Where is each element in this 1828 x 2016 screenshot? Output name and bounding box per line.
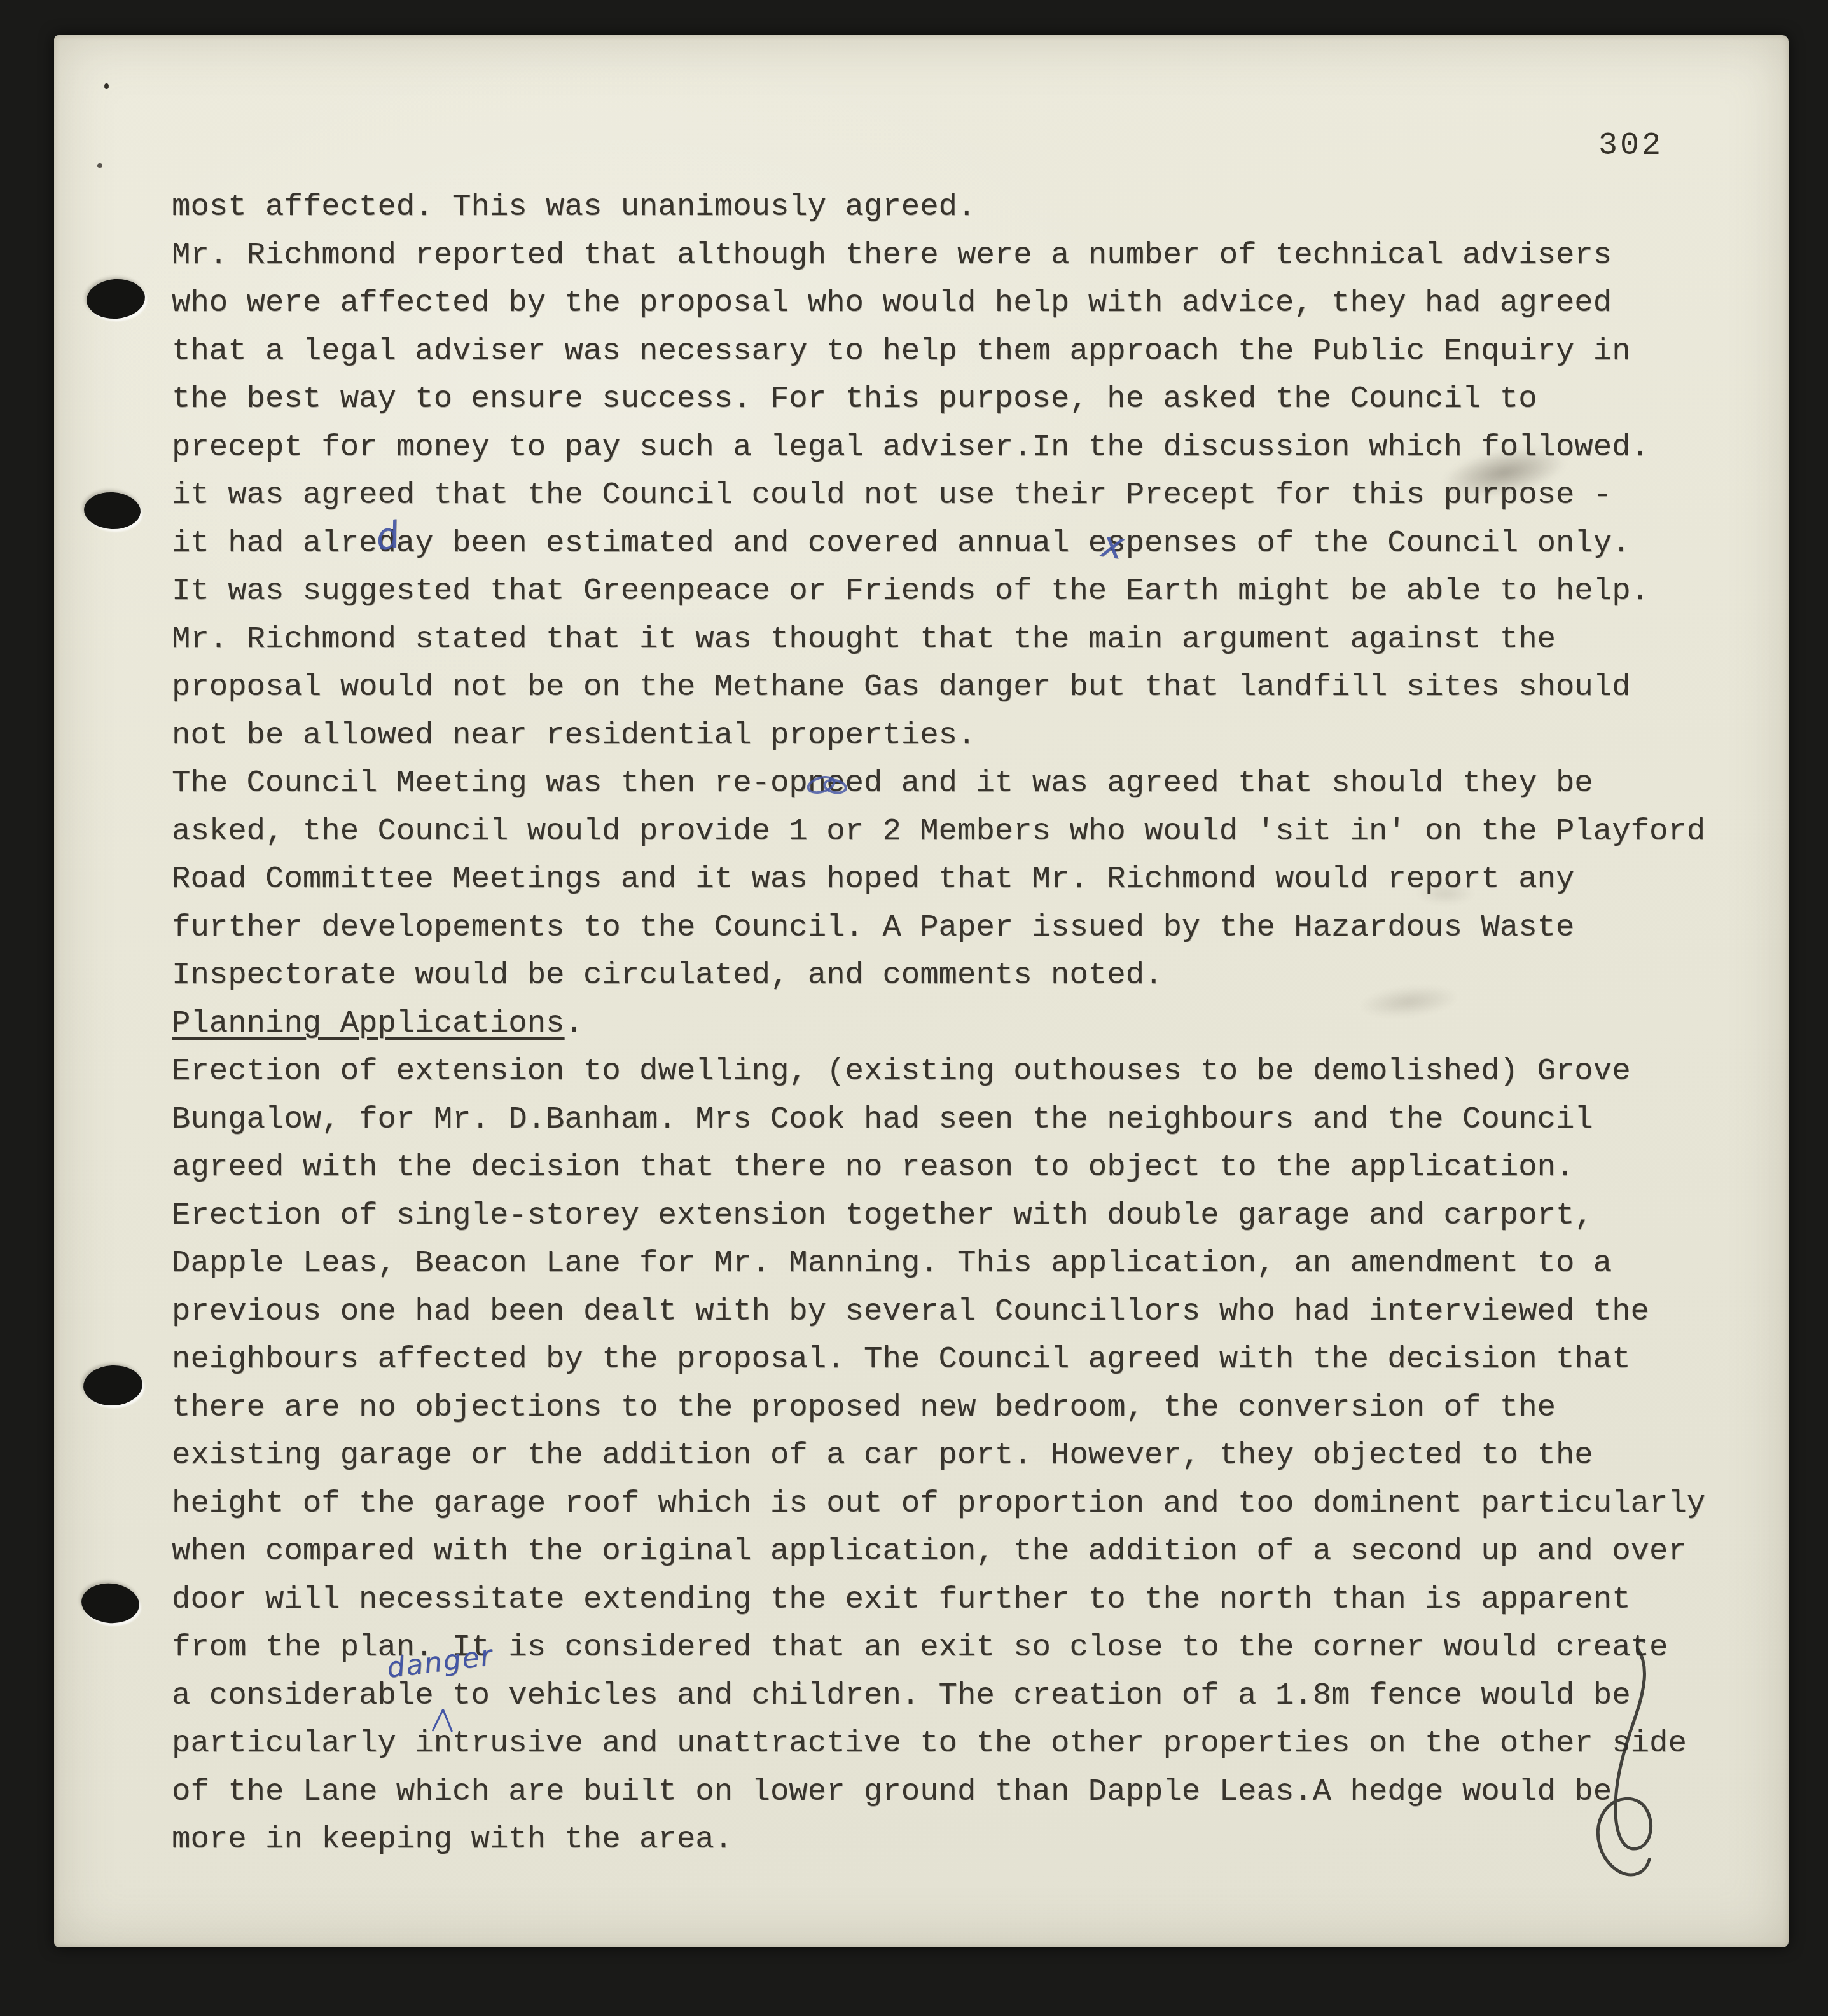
typed-text-segment: existing garage or the addition of a car… <box>172 1437 1593 1473</box>
typed-line: height of the garage roof which is out o… <box>172 1480 1705 1528</box>
typed-line: Erection of extension to dwelling, (exis… <box>172 1047 1705 1096</box>
typed-line: Mr. Richmond reported that although ther… <box>172 231 1705 280</box>
typed-line: proposal would not be on the Methane Gas… <box>172 663 1705 712</box>
typed-text-segment: precept for money to pay such a legal ad… <box>172 429 1649 465</box>
scan-background: 302 most affected. This was unanimously … <box>0 0 1828 2016</box>
punch-hole <box>80 1581 141 1626</box>
typed-line: Mr. Richmond stated that it was thought … <box>172 616 1705 664</box>
typed-text-segment: neighbours affected by the proposal. The… <box>172 1341 1631 1377</box>
typed-line: It was suggested that Greenpeace or Frie… <box>172 567 1705 616</box>
typed-text-segment: previous one had been dealt with by seve… <box>172 1294 1649 1329</box>
typed-line: Erection of single-storey extension toge… <box>172 1192 1705 1240</box>
typed-text-segment: Erection of extension to dwelling, (exis… <box>172 1053 1631 1089</box>
typed-text-marked: dad <box>377 525 415 561</box>
typed-text-segment: ed and it was agreed that should they be <box>845 765 1593 801</box>
ink-speck <box>97 163 102 168</box>
typed-line: previous one had been dealt with by seve… <box>172 1288 1705 1336</box>
typed-text-segment: more in keeping with the area. <box>172 1821 733 1857</box>
typed-text-segment: a considerable <box>172 1678 434 1713</box>
typed-line: the best way to ensure success. For this… <box>172 375 1705 424</box>
typed-line: when compared with the original applicat… <box>172 1528 1705 1576</box>
typed-text-segment: it had alre <box>172 525 377 561</box>
typed-text-segment: not be allowed near residential properti… <box>172 717 976 753</box>
typed-line: Inspectorate would be circulated, and co… <box>172 951 1705 1000</box>
typed-text-segment: that a legal adviser was necessary to he… <box>172 333 1631 369</box>
typed-text-segment: agreed with the decision that there no r… <box>172 1149 1574 1185</box>
typed-text-segment: height of the garage roof which is out o… <box>172 1486 1705 1521</box>
typed-text-block: most affected. This was unanimously agre… <box>172 183 1705 1864</box>
typed-text-segment: Erection of single-storey extension toge… <box>172 1198 1593 1233</box>
typed-line: further developements to the Council. A … <box>172 904 1705 952</box>
typed-text-segment: The Council Meeting was then re-op <box>172 765 808 801</box>
punch-hole <box>82 1364 143 1407</box>
typed-line: Bungalow, for Mr. D.Banham. Mrs Cook had… <box>172 1096 1705 1144</box>
typed-text-segment: penses of the Council only. <box>1126 525 1631 561</box>
typed-line: not be allowed near residential properti… <box>172 712 1705 760</box>
typed-line: a considerable dangerto vehicles and chi… <box>172 1672 1705 1720</box>
document-page: 302 most affected. This was unanimously … <box>54 35 1789 1947</box>
typed-text-segment: of the Lane which are built on lower gro… <box>172 1774 1612 1809</box>
typed-line: neighbours affected by the proposal. The… <box>172 1336 1705 1384</box>
typed-line: it had alredady been estimated and cover… <box>172 520 1705 568</box>
typed-text-segment: Mr. Richmond stated that it was thought … <box>172 621 1556 657</box>
typed-text-segment: particularly intrusive and unattractive … <box>172 1725 1687 1761</box>
typed-line: there are no objections to the proposed … <box>172 1384 1705 1432</box>
typed-text-segment: who were affected by the proposal who wo… <box>172 285 1612 321</box>
typed-text-marked: Planning Applications <box>172 1005 565 1041</box>
typed-line: from the plan. It is considered that an … <box>172 1624 1705 1672</box>
typed-line: Planning Applications. <box>172 1000 1705 1048</box>
typed-text-segment: Inspectorate would be circulated, and co… <box>172 957 1163 993</box>
typed-text-segment: the best way to ensure success. For this… <box>172 381 1537 417</box>
typed-text-segment: It was suggested that Greenpeace or Frie… <box>172 573 1649 609</box>
typed-line: existing garage or the addition of a car… <box>172 1432 1705 1480</box>
typed-text-segment: there are no objections to the proposed … <box>172 1390 1556 1425</box>
typed-text-segment: further developements to the Council. A … <box>172 909 1574 945</box>
ink-speck <box>104 83 109 89</box>
typed-text-segment: Mr. Richmond reported that although ther… <box>172 237 1612 273</box>
typed-line: it was agreed that the Council could not… <box>172 471 1705 520</box>
typed-text-marked: danger <box>434 1678 452 1713</box>
typed-text-segment: y been estimated and covered annual e <box>415 525 1107 561</box>
typed-text-segment: door will necessitate extending the exit… <box>172 1582 1631 1617</box>
typed-text-segment: to vehicles and children. The creation o… <box>452 1678 1631 1713</box>
typed-line: most affected. This was unanimously agre… <box>172 183 1705 231</box>
typed-text-segment: Bungalow, for Mr. D.Banham. Mrs Cook had… <box>172 1101 1593 1137</box>
typed-line: who were affected by the proposal who wo… <box>172 279 1705 328</box>
typed-line: door will necessitate extending the exit… <box>172 1576 1705 1624</box>
typed-line: of the Lane which are built on lower gro… <box>172 1768 1705 1816</box>
typed-text-marked: ne <box>808 765 845 801</box>
typed-text-segment: asked, the Council would provide 1 or 2 … <box>172 813 1705 849</box>
punch-hole <box>85 277 146 321</box>
typed-text-marked: sx <box>1107 525 1125 561</box>
typed-line: agreed with the decision that there no r… <box>172 1143 1705 1192</box>
typed-line: more in keeping with the area. <box>172 1816 1705 1864</box>
typed-line: precept for money to pay such a legal ad… <box>172 424 1705 472</box>
typed-text-segment: it was agreed that the Council could not… <box>172 477 1612 513</box>
typed-line: Dapple Leas, Beacon Lane for Mr. Manning… <box>172 1239 1705 1288</box>
typed-line: The Council Meeting was then re-opneed a… <box>172 759 1705 808</box>
typed-text-segment: from the plan. It is considered that an … <box>172 1629 1668 1665</box>
typed-line: Road Committee Meetings and it was hoped… <box>172 855 1705 904</box>
page-number: 302 <box>1598 128 1663 164</box>
typed-text-segment: most affected. This was unanimously agre… <box>172 189 976 224</box>
typed-text-segment: Road Committee Meetings and it was hoped… <box>172 861 1574 897</box>
typed-line: asked, the Council would provide 1 or 2 … <box>172 808 1705 856</box>
typed-text-segment: . <box>565 1005 583 1041</box>
typed-text-segment: proposal would not be on the Methane Gas… <box>172 669 1631 705</box>
typed-line: that a legal adviser was necessary to he… <box>172 328 1705 376</box>
typed-line: particularly intrusive and unattractive … <box>172 1720 1705 1768</box>
punch-hole <box>83 491 142 531</box>
typed-text-segment: when compared with the original applicat… <box>172 1533 1687 1569</box>
typed-text-segment: Dapple Leas, Beacon Lane for Mr. Manning… <box>172 1245 1612 1281</box>
